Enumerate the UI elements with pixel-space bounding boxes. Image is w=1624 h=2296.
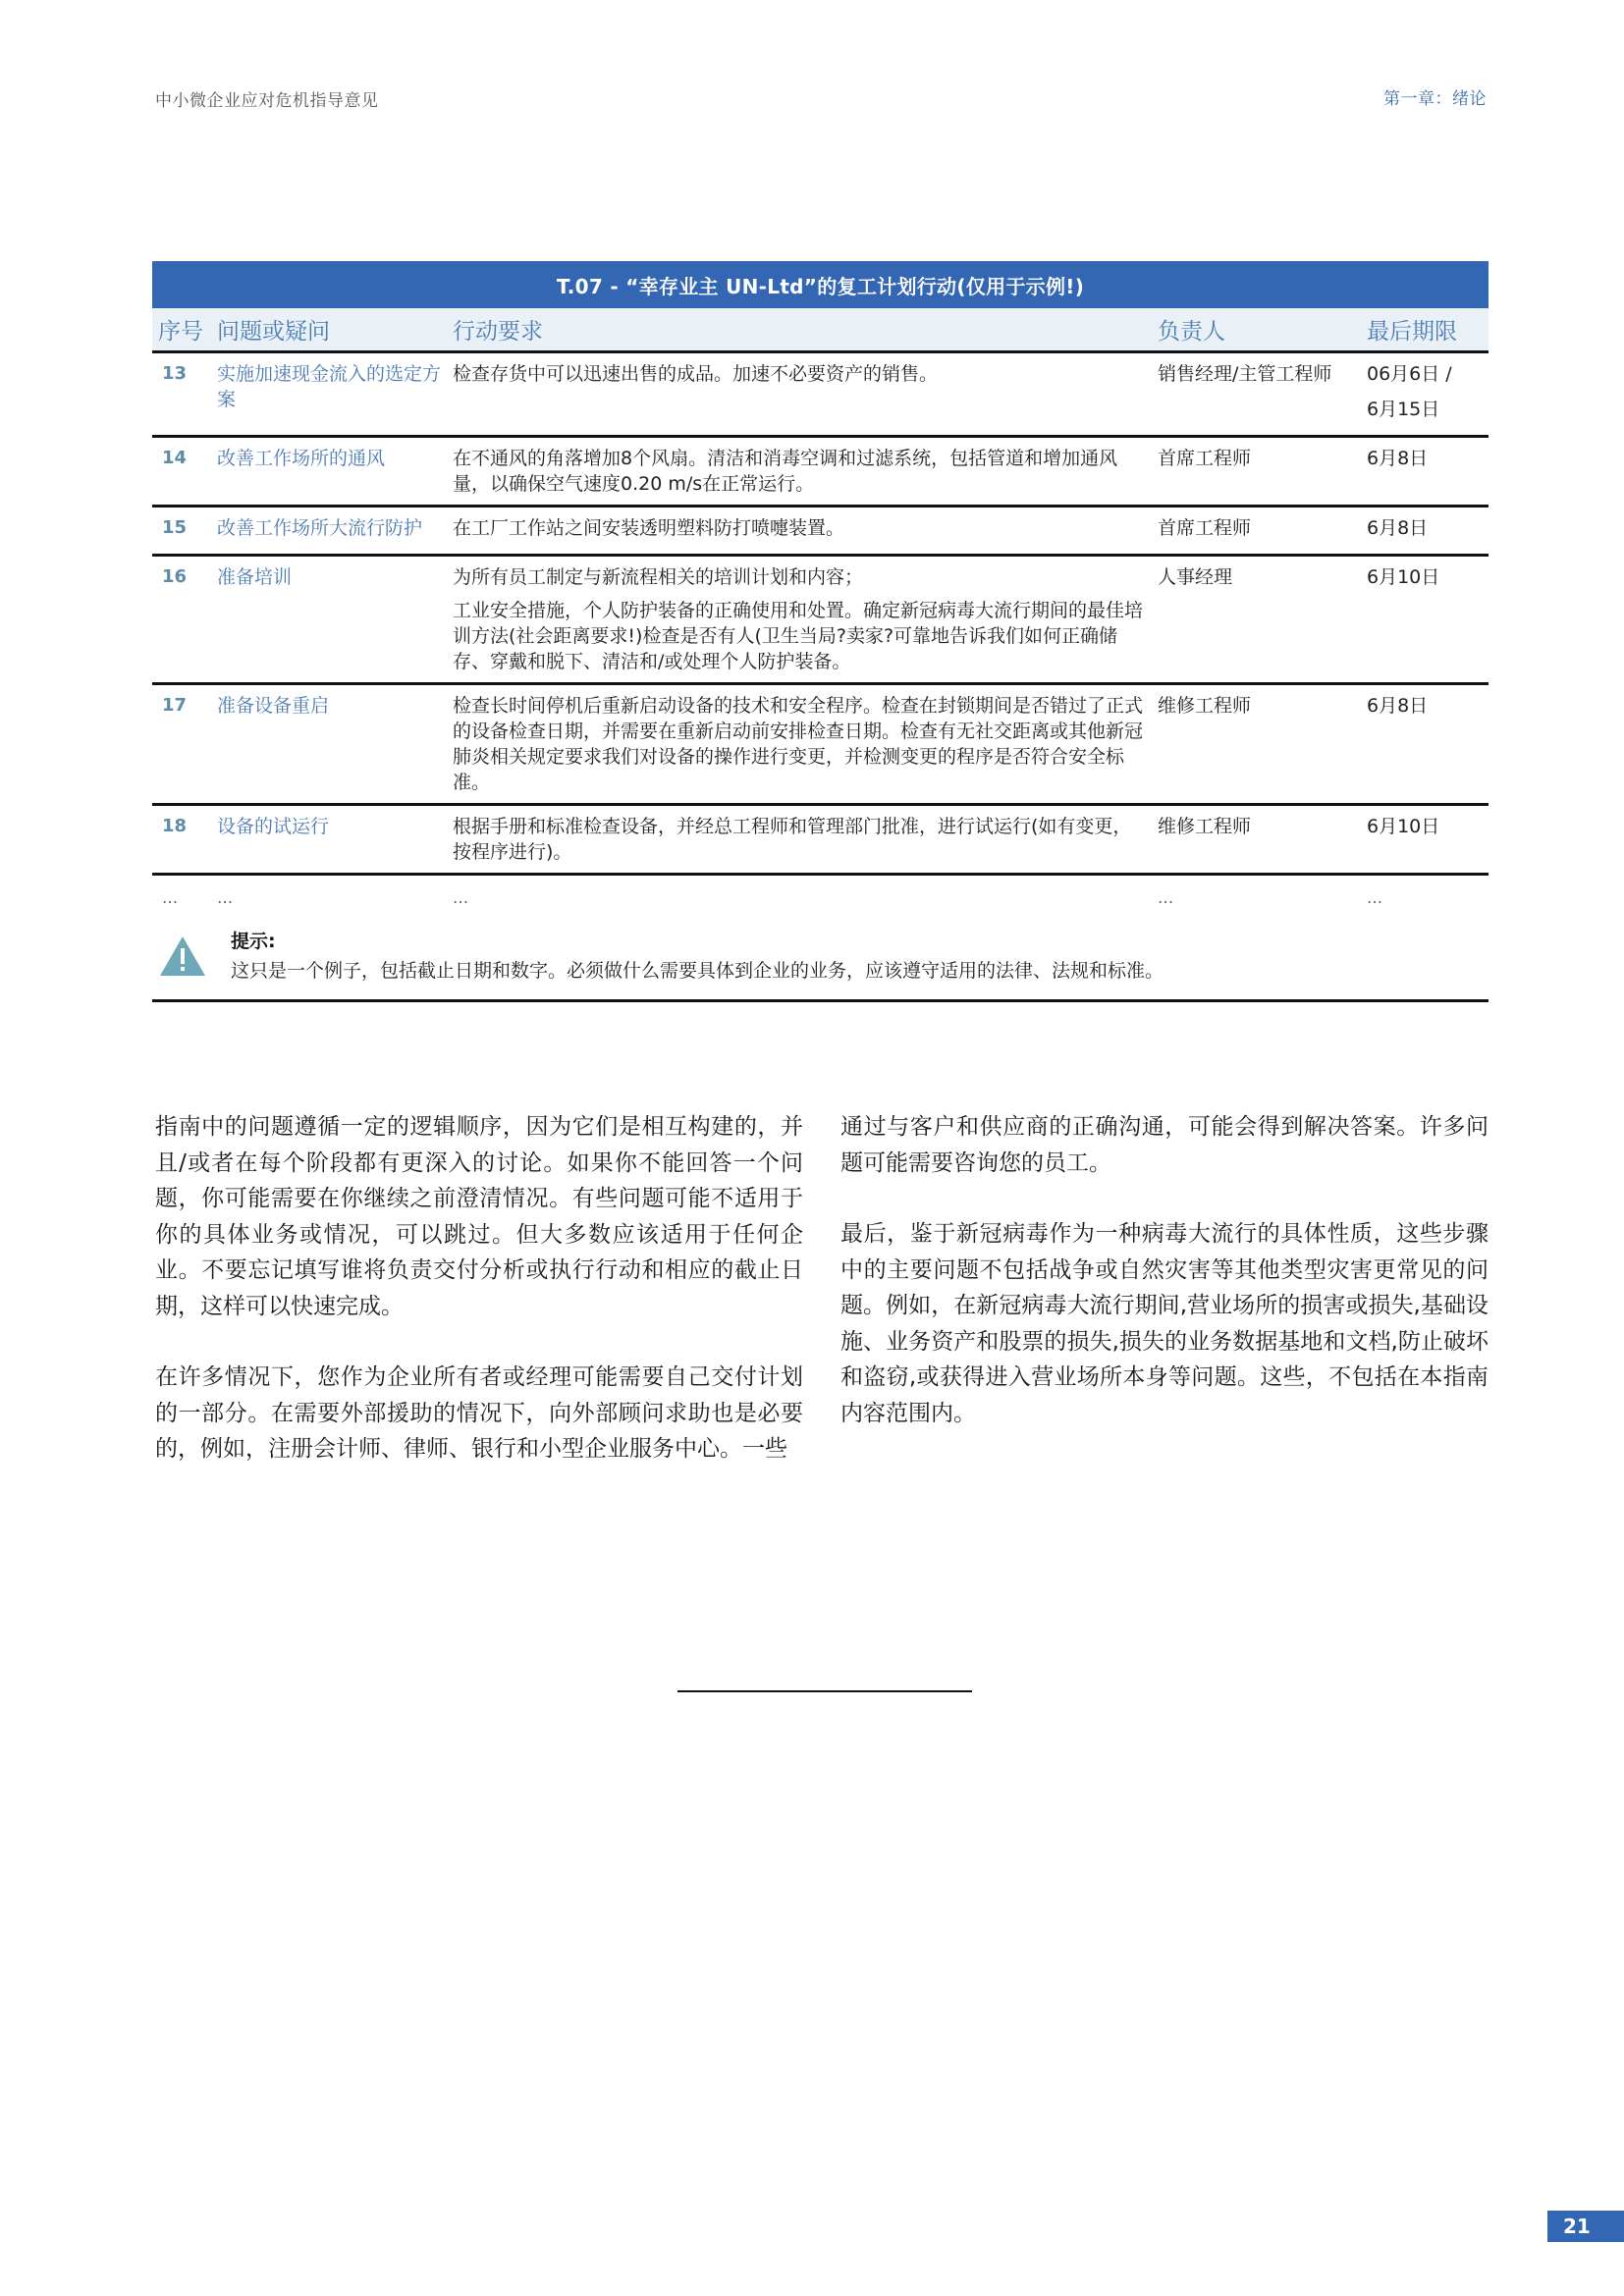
- row-question: 改善工作场所的通风: [217, 446, 453, 471]
- row-number: 16: [152, 564, 217, 590]
- tip-text: 这只是一个例子，包括截止日期和数字。必须做什么需要具体到企业的业务，应该遵守适用…: [231, 956, 1164, 986]
- row-owner: 首席工程师: [1158, 510, 1367, 546]
- row-action: 根据手册和标准检查设备，并经总工程师和管理部门批准，进行试运行(如有变更，按程序…: [453, 814, 1158, 865]
- running-header-title: 中小微企业应对危机指导意见: [155, 86, 379, 111]
- row-action-text: 为所有员工制定与新流程相关的培训计划和内容；: [453, 564, 1148, 590]
- row-action-text: 检查存货中可以迅速出售的成品。加速不必要资产的销售。: [453, 361, 1148, 387]
- row-number: 17: [152, 693, 217, 719]
- row-action-text: 检查长时间停机后重新启动设备的技术和安全程序。检查在封锁期间是否错过了正式的设备…: [453, 693, 1148, 795]
- row-action-text: 根据手册和标准检查设备，并经总工程师和管理部门批准，进行试运行(如有变更，按程序…: [453, 814, 1148, 865]
- table-header-row: 序号 问题或疑问 行动要求 负责人 最后期限: [152, 308, 1489, 353]
- row-owner: 销售经理/主管工程师: [1158, 356, 1354, 392]
- row-owner: 维修工程师: [1158, 809, 1367, 844]
- body-column-left: 指南中的问题遵循一定的逻辑顺序，因为它们是相互构建的，并且/或者在每个阶段都有更…: [155, 1109, 803, 1503]
- row-owner: 人事经理: [1158, 560, 1367, 595]
- row-action-text: 在不通风的角落增加8个风扇。清洁和消毒空调和过滤系统，包括管道和增加通风量，以确…: [453, 446, 1148, 497]
- body-paragraph: 指南中的问题遵循一定的逻辑顺序，因为它们是相互构建的，并且/或者在每个阶段都有更…: [155, 1109, 803, 1324]
- row-deadline: 6月8日: [1367, 510, 1489, 546]
- running-header-chapter: 第一章：绪论: [1383, 84, 1487, 109]
- action-plan-table: T.07 - “幸存业主 UN-Ltd”的复工计划行动(仅用于示例!) 序号 问…: [152, 261, 1489, 1002]
- row-number: 14: [152, 446, 217, 471]
- table-row: 17 准备设备重启 检查长时间停机后重新启动设备的技术和安全程序。检查在封锁期间…: [152, 685, 1489, 806]
- tip-title: 提示:: [231, 927, 1164, 956]
- row-deadline: 6月8日: [1367, 441, 1489, 476]
- ellipsis-cell: ...: [217, 888, 453, 908]
- ellipsis-cell: ...: [152, 888, 217, 908]
- body-column-right: 通过与客户和供应商的正确沟通，可能会得到解决答案。许多问题可能需要咨询您的员工。…: [840, 1109, 1489, 1467]
- row-number: 18: [152, 814, 217, 839]
- row-action-text: 在工厂工作站之间安装透明塑料防打喷嚏装置。: [453, 515, 1148, 541]
- row-deadline: 06月6日 / 6月15日: [1367, 356, 1465, 427]
- row-action: 在工厂工作站之间安装透明塑料防打喷嚏装置。: [453, 515, 1158, 541]
- body-paragraph: 在许多情况下，您作为企业所有者或经理可能需要自己交付计划的一部分。在需要外部援助…: [155, 1360, 803, 1468]
- row-action: 为所有员工制定与新流程相关的培训计划和内容； 工业安全措施，个人防护装备的正确使…: [453, 564, 1158, 674]
- body-paragraph: 通过与客户和供应商的正确沟通，可能会得到解决答案。许多问题可能需要咨询您的员工。: [840, 1109, 1489, 1181]
- row-deadline: 6月10日: [1367, 560, 1489, 595]
- row-number: 13: [152, 361, 217, 387]
- tip-box: 提示: 这只是一个例子，包括截止日期和数字。必须做什么需要具体到企业的业务，应该…: [152, 921, 1489, 1002]
- footnote-divider: [677, 1690, 972, 1692]
- page-number: 21: [1547, 2211, 1624, 2242]
- row-action: 在不通风的角落增加8个风扇。清洁和消毒空调和过滤系统，包括管道和增加通风量，以确…: [453, 446, 1158, 497]
- row-action: 检查存货中可以迅速出售的成品。加速不必要资产的销售。: [453, 361, 1158, 387]
- table-row: 15 改善工作场所大流行防护 在工厂工作站之间安装透明塑料防打喷嚏装置。 首席工…: [152, 507, 1489, 557]
- ellipsis-cell: ...: [1367, 888, 1489, 908]
- row-question: 设备的试运行: [217, 814, 453, 839]
- column-header-number: 序号: [152, 313, 217, 346]
- column-header-question: 问题或疑问: [217, 313, 453, 346]
- ellipsis-cell: ...: [453, 888, 1158, 908]
- row-action: 检查长时间停机后重新启动设备的技术和安全程序。检查在封锁期间是否错过了正式的设备…: [453, 693, 1158, 795]
- row-question: 准备培训: [217, 564, 453, 590]
- row-question: 改善工作场所大流行防护: [217, 515, 453, 541]
- row-owner: 首席工程师: [1158, 441, 1367, 476]
- column-header-owner: 负责人: [1158, 313, 1367, 346]
- row-action-text: 工业安全措施，个人防护装备的正确使用和处置。确定新冠病毒大流行期间的最佳培训方法…: [453, 598, 1148, 674]
- table-ellipsis-row: ... ... ... ... ...: [152, 876, 1489, 921]
- row-owner: 维修工程师: [1158, 688, 1367, 723]
- table-row: 18 设备的试运行 根据手册和标准检查设备，并经总工程师和管理部门批准，进行试运…: [152, 806, 1489, 876]
- column-header-action: 行动要求: [453, 313, 1158, 346]
- table-row: 14 改善工作场所的通风 在不通风的角落增加8个风扇。清洁和消毒空调和过滤系统，…: [152, 438, 1489, 507]
- row-question: 实施加速现金流入的选定方案: [217, 361, 453, 412]
- tip-content: 提示: 这只是一个例子，包括截止日期和数字。必须做什么需要具体到企业的业务，应该…: [231, 927, 1164, 986]
- column-header-deadline: 最后期限: [1367, 313, 1489, 346]
- table-title: T.07 - “幸存业主 UN-Ltd”的复工计划行动(仅用于示例!): [152, 261, 1489, 308]
- row-number: 15: [152, 515, 217, 541]
- warning-triangle-icon: [158, 934, 207, 978]
- table-row: 13 实施加速现金流入的选定方案 检查存货中可以迅速出售的成品。加速不必要资产的…: [152, 353, 1489, 438]
- ellipsis-cell: ...: [1158, 888, 1367, 908]
- row-deadline: 6月10日: [1367, 809, 1489, 844]
- row-deadline: 6月8日: [1367, 688, 1489, 723]
- table-row: 16 准备培训 为所有员工制定与新流程相关的培训计划和内容； 工业安全措施，个人…: [152, 557, 1489, 685]
- row-question: 准备设备重启: [217, 693, 453, 719]
- body-paragraph: 最后，鉴于新冠病毒作为一种病毒大流行的具体性质，这些步骤中的主要问题不包括战争或…: [840, 1216, 1489, 1431]
